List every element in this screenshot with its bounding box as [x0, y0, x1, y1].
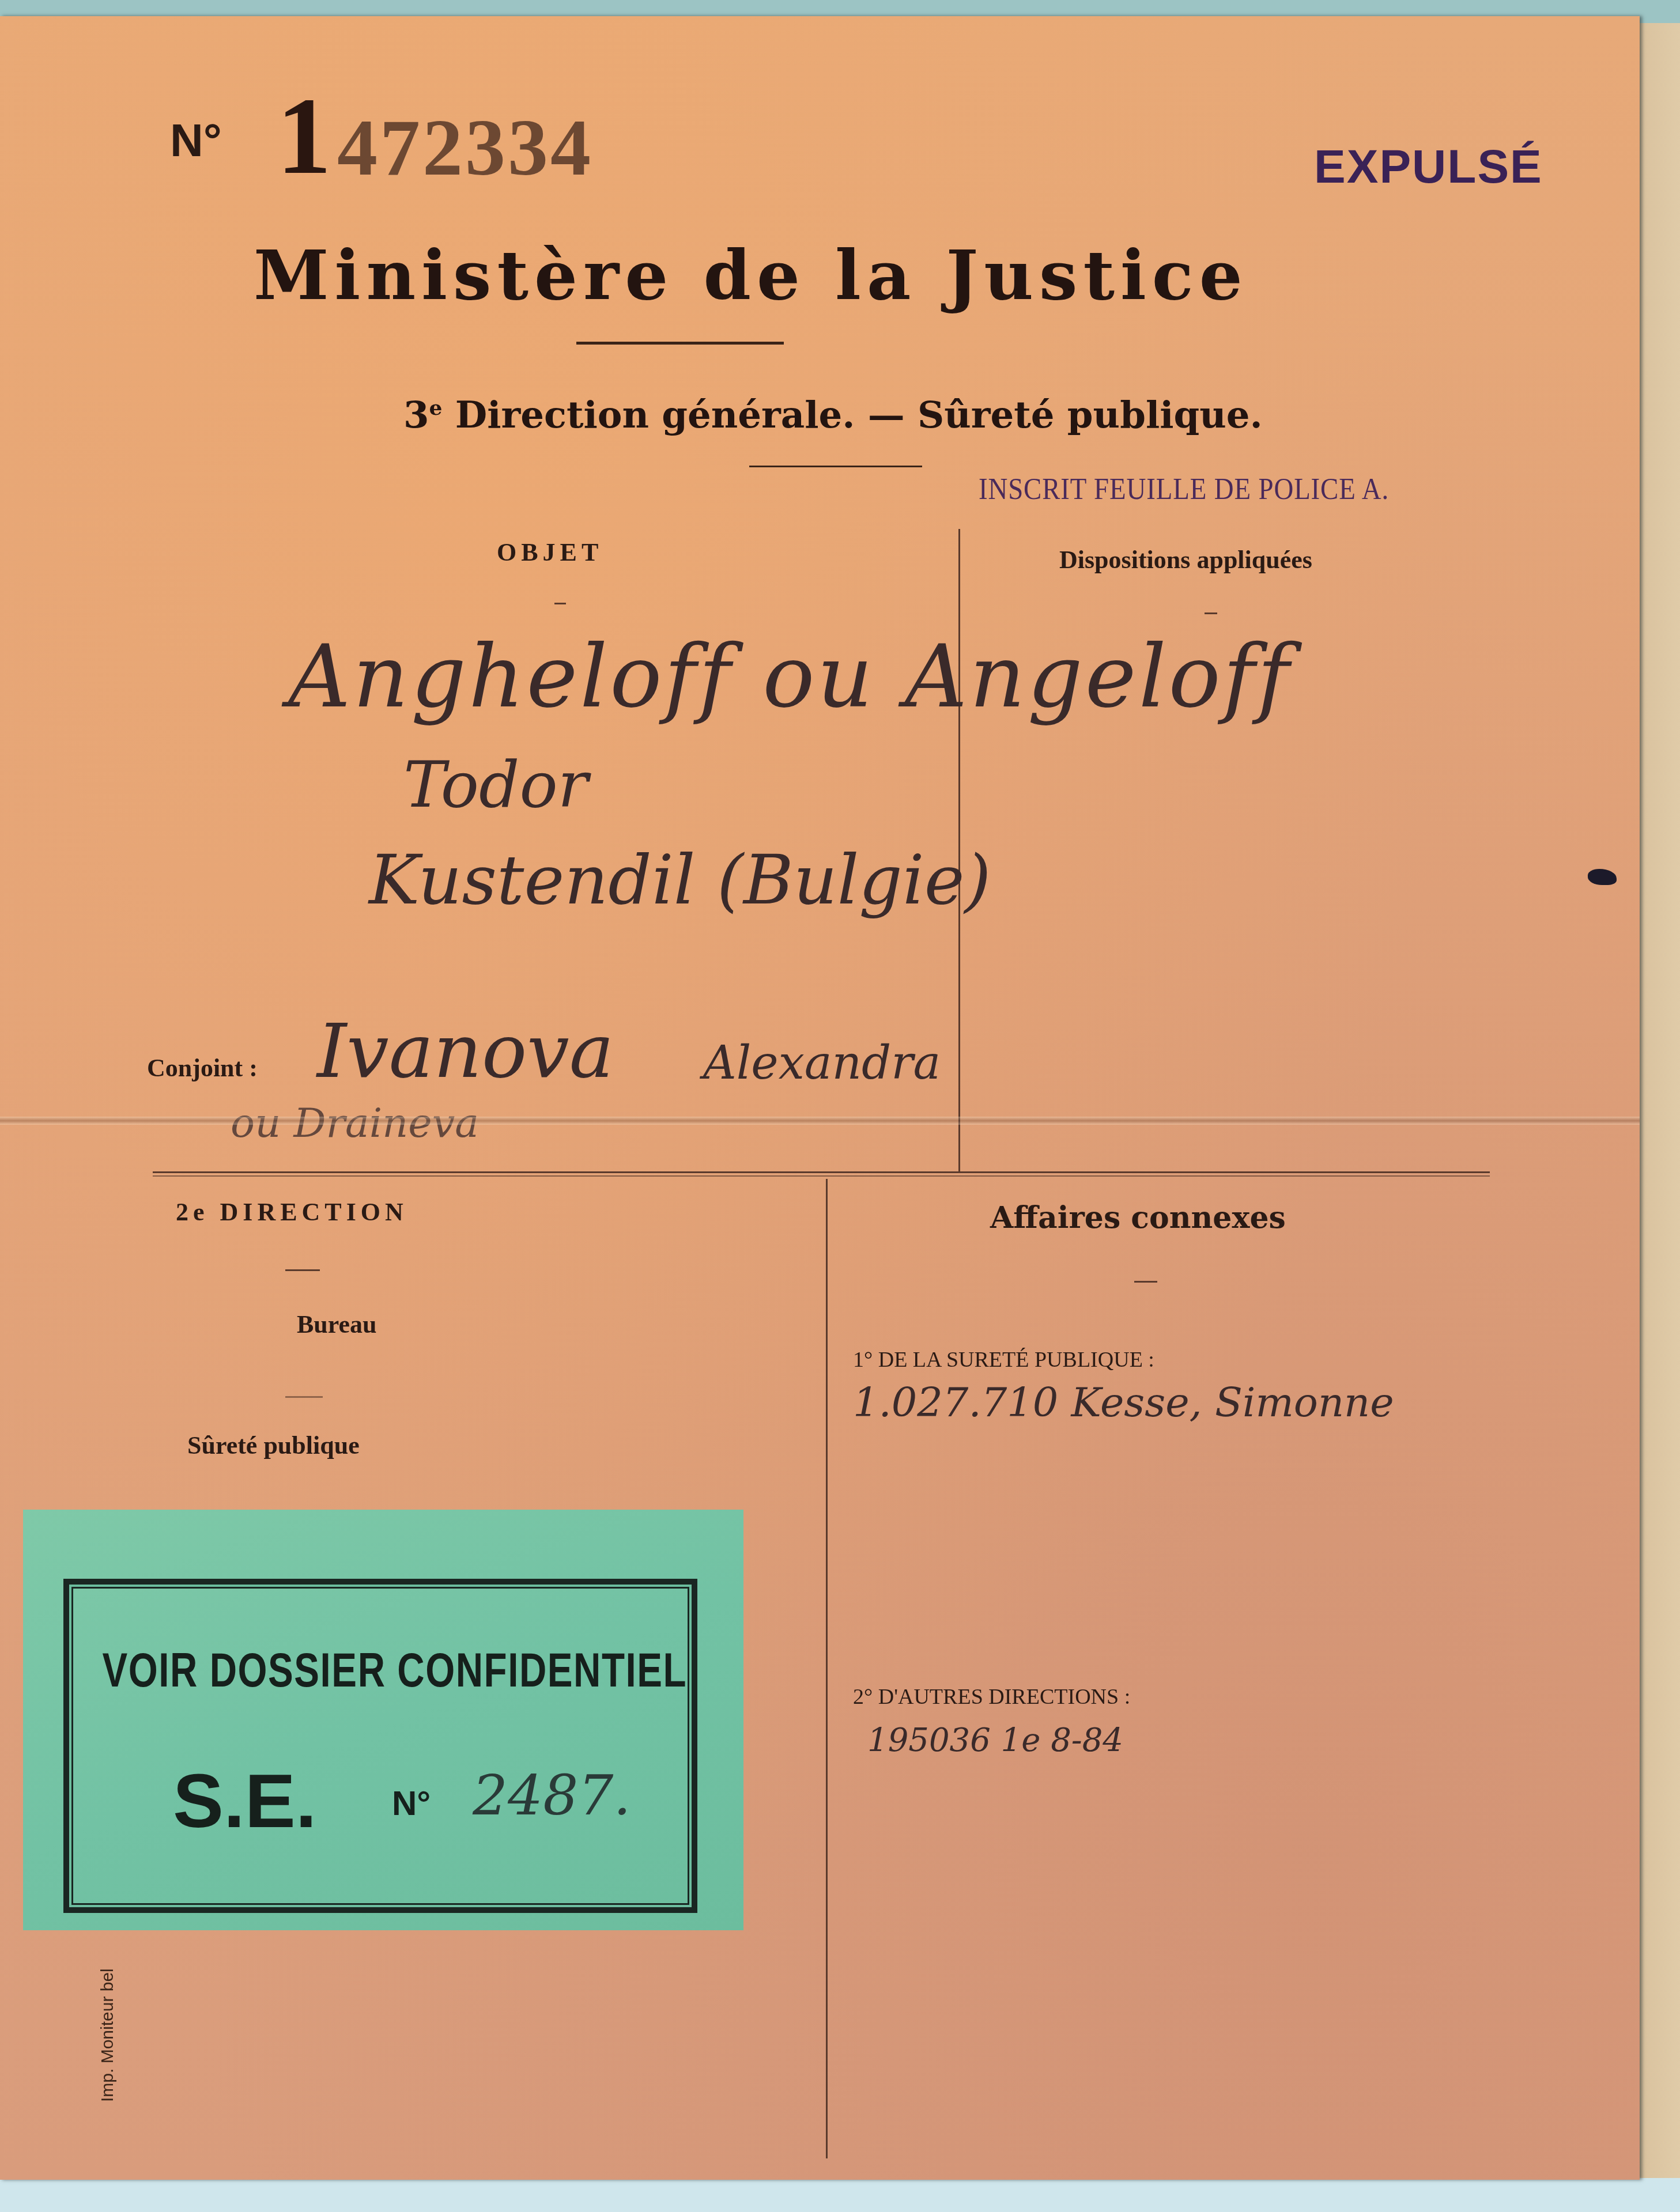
direction-ordinal: 3	[403, 394, 429, 437]
dash	[554, 603, 566, 604]
surete-publique-label: 1° DE LA SURETÉ PUBLIQUE :	[853, 1347, 1154, 1372]
label-border	[63, 1579, 697, 1913]
section-divider-secondary	[153, 1175, 1490, 1177]
dash	[1134, 1281, 1157, 1283]
handwritten-spouse-first-name: Alexandra	[703, 1036, 941, 1090]
conjoint-label: Conjoint :	[147, 1053, 258, 1083]
section-divider	[153, 1171, 1490, 1173]
autres-directions-reference: 195036 1e 8-84	[867, 1722, 1123, 1759]
affaires-connexes-heading: Affaires connexes	[990, 1200, 1286, 1235]
dash	[285, 1396, 323, 1398]
se-number-handwritten: 2487.	[473, 1763, 631, 1828]
bureau-value: Sûreté publique	[187, 1431, 360, 1460]
objet-heading: OBJET	[497, 538, 603, 567]
dispositions-heading: Dispositions appliquées	[1059, 545, 1312, 574]
se-number-label: N°	[392, 1783, 431, 1823]
handwritten-first-name: Todor	[403, 748, 588, 822]
police-register-stamp: INSCRIT FEUILLE DE POLICE A.	[979, 472, 1389, 506]
confidential-dossier-label: VOIR DOSSIER CONFIDENTIEL S.E. N° 2487.	[23, 1510, 743, 1930]
document-number-label: N°	[170, 114, 222, 167]
dash	[1205, 612, 1217, 614]
lower-column-divider	[826, 1179, 828, 2158]
handwritten-surname: Angheloff ou Angeloff	[288, 627, 1292, 727]
printer-imprint: Imp. Moniteur bel	[98, 1968, 118, 2102]
document-number-stamped: 472334	[337, 101, 593, 194]
direction-text: Direction générale. — Sûreté publique.	[442, 394, 1262, 437]
handwritten-spouse-surname: Ivanova	[317, 1007, 614, 1095]
se-prefix: S.E.	[173, 1757, 316, 1844]
direction-subtitle: 3e Direction générale. — Sûreté publique…	[403, 394, 1263, 437]
ornament-divider	[576, 342, 784, 345]
document-number-first-digit: 1	[277, 74, 331, 199]
dossier-cover: N° 1 472334 EXPULSÉ Ministère de la Just…	[0, 16, 1640, 2180]
expulse-stamp: EXPULSÉ	[1314, 140, 1543, 194]
handwritten-birthplace: Kustendil (Bulgie)	[369, 840, 991, 920]
surete-publique-reference: 1.027.710 Kesse, Simonne	[853, 1379, 1394, 1426]
paper-fold	[0, 1117, 1640, 1125]
ministry-title: Ministère de la Justice	[254, 235, 1248, 315]
background-bottom	[0, 2178, 1680, 2212]
paper-tear	[1588, 869, 1617, 885]
second-direction-heading: 2e DIRECTION	[176, 1197, 408, 1227]
voir-dossier-confidentiel-text: VOIR DOSSIER CONFIDENTIEL	[103, 1642, 665, 1698]
autres-directions-label: 2° D'AUTRES DIRECTIONS :	[853, 1684, 1130, 1710]
bureau-label: Bureau	[297, 1310, 377, 1339]
ornament-divider-small	[749, 466, 922, 467]
direction-ordinal-suffix: e	[429, 396, 443, 420]
dash	[285, 1269, 320, 1271]
